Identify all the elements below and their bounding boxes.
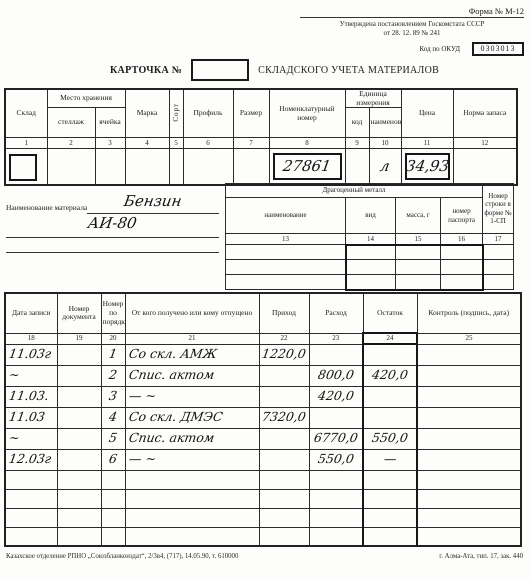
okud-label: Код по ОКУД [419,45,460,53]
control-cell [417,449,521,470]
col-no: 16 [441,234,483,245]
empty-cell [259,470,309,489]
empty-cell [441,260,483,275]
ledger-row: 12.03г 6 — ~ 550,0 — [5,449,521,470]
empty-cell [441,275,483,290]
approved-text-2: от 28. 12. 89 № 241 [384,29,441,37]
empty-cell [47,149,95,186]
empty-cell [101,508,125,527]
doc-cell [57,365,101,386]
col-header-rest: Остаток [363,293,417,333]
col-header-unit-name: наименование [369,108,401,138]
ledger-row: ~ 5 Спис. актом 6770,0 550,0 [5,428,521,449]
ledger-row: 11.03 4 Со скл. ДМЭС 7320,0 [5,407,521,428]
empty-cell [125,149,169,186]
col-header-sort: Сорт [169,89,183,138]
material-label: Наименование материала [6,203,87,214]
ledger-empty-row [5,489,521,508]
col-no: 8 [269,138,345,149]
col-header-date: Дата записи [5,293,57,333]
ledger-row: 11.03. 3 — ~ 420,0 [5,386,521,407]
precious-metal-title: Драгоценный металл [226,184,483,198]
date-cell: 12.03г [5,449,57,470]
col-no: 4 [125,138,169,149]
empty-cell [363,470,417,489]
date-cell: ~ [5,428,57,449]
imprint-left: Казахское отделение РПНО „Союзбланкоизда… [6,553,238,560]
empty-cell [363,527,417,546]
precious-empty-row [226,245,514,260]
imprint-right: г. Алма-Ата, тип. 17, зак. 440 [439,553,523,560]
nomenclature-value: 27861 [282,158,332,175]
card-title-row: КАРТОЧКА № СКЛАДСКОГО УЧЕТА МАТЕРИАЛОВ [110,59,439,81]
empty-cell [396,245,441,260]
col-no: 12 [453,138,517,149]
empty-cell [57,470,101,489]
empty-cell [363,508,417,527]
seq-cell: 4 [101,407,125,428]
col-header-sklad: Склад [5,89,47,138]
empty-cell [95,149,125,186]
rest-cell [363,386,417,407]
empty-cell [259,508,309,527]
out-cell [309,407,363,428]
okud-code-box: 0303013 [472,42,524,56]
precious-empty-row [226,260,514,275]
col-header-precious-mass: масса, г [396,198,441,234]
precious-empty-row [226,275,514,290]
col-no: 5 [169,138,183,149]
empty-cell [259,527,309,546]
col-header-yacheika: ячейка [95,108,125,138]
approved-by-line: Утверждена постановлением Госкомстата СС… [300,20,524,38]
empty-cell [5,508,57,527]
date-cell: 11.03. [5,386,57,407]
col-header-profil: Профиль [183,89,233,138]
nomenclature-value-box: 27861 [273,153,342,180]
col-no: 3 [95,138,125,149]
price-value-cell: 34,93 [401,149,453,186]
card-title: СКЛАДСКОГО УЧЕТА МАТЕРИАЛОВ [258,65,439,76]
material-name-line1: Бензин [87,192,219,214]
col-header-unit: Единица измерения [345,89,401,108]
empty-cell [169,149,183,186]
empty-cell [396,260,441,275]
material-name-line2: АИ-80 [6,214,219,238]
material-name-block: Наименование материала Бензин АИ-80 [6,192,219,253]
col-no-rest: 24 [363,333,417,344]
control-cell [417,365,521,386]
from-cell: — ~ [125,449,259,470]
out-cell: 420,0 [309,386,363,407]
col-header-out: Расход [309,293,363,333]
control-cell [417,386,521,407]
ledger-table: Дата записи Номер документа Номер по пор… [4,292,522,547]
form-number: Форма № М-12 [300,6,524,18]
empty-cell [441,245,483,260]
precious-metal-table: Драгоценный металл Номер строки в форме … [225,183,514,291]
from-cell: Спис. актом [125,365,259,386]
sklad-value-box [9,154,37,181]
empty-cell [345,149,369,186]
requisites-values-row: 27861 л 34,93 [5,149,517,186]
from-cell: Со скл. АМЖ [125,344,259,365]
col-header-norm: Норма запаса [453,89,517,138]
col-header-unit-code: код [345,108,369,138]
card-number-label: КАРТОЧКА № [110,65,182,76]
col-no: 10 [369,138,401,149]
col-header-line-no: Номер строки в форме № 1-СП [483,184,514,234]
out-cell: 550,0 [309,449,363,470]
from-cell: — ~ [125,386,259,407]
rest-cell [363,407,417,428]
seq-cell: 2 [101,365,125,386]
empty-cell [483,260,514,275]
doc-cell [57,449,101,470]
col-no: 14 [346,234,396,245]
col-no: 25 [417,333,521,344]
out-cell: 6770,0 [309,428,363,449]
doc-cell [57,386,101,407]
seq-cell: 1 [101,344,125,365]
print-imprint: Казахское отделение РПНО „Союзбланкоизда… [6,553,523,560]
empty-cell [346,260,396,275]
col-header-razmer: Размер [233,89,269,138]
date-cell: ~ [5,365,57,386]
empty-cell [125,527,259,546]
empty-cell [226,260,346,275]
col-header-price: Цена [401,89,453,138]
col-no: 18 [5,333,57,344]
empty-cell [226,275,346,290]
empty-cell [57,508,101,527]
rest-cell [363,344,417,365]
col-no: 9 [345,138,369,149]
rest-cell: — [363,449,417,470]
in-cell [259,428,309,449]
col-header-precious-name: наименование [226,198,346,234]
in-cell [259,386,309,407]
empty-cell [483,245,514,260]
col-header-storage: Место хранения [47,89,125,108]
sklad-value-cell [5,149,47,186]
material-blank-line [6,238,219,253]
column-numbers-row: 13 14 15 16 17 [226,234,514,245]
control-cell [417,428,521,449]
ledger-row: 11.03г 1 Со скл. АМЖ 1220,0 [5,344,521,365]
in-cell: 1220,0 [259,344,309,365]
empty-cell [5,527,57,546]
empty-cell [259,489,309,508]
empty-cell [417,508,521,527]
empty-cell [226,245,346,260]
out-cell [309,344,363,365]
seq-cell: 5 [101,428,125,449]
requisites-table: Склад Место хранения Марка Сорт Профиль … [4,88,518,186]
col-header-marka: Марка [125,89,169,138]
empty-cell [346,245,396,260]
seq-cell: 3 [101,386,125,407]
control-cell [417,407,521,428]
col-no: 15 [396,234,441,245]
ledger-empty-row [5,508,521,527]
empty-cell [417,489,521,508]
form-approval-block: Форма № М-12 Утверждена постановлением Г… [300,6,524,56]
col-no: 11 [401,138,453,149]
nomenclature-value-cell: 27861 [269,149,345,186]
col-header-stellazh: стеллаж [47,108,95,138]
doc-cell [57,407,101,428]
col-header-control: Контроль (подпись, дата) [417,293,521,333]
in-cell [259,365,309,386]
empty-cell [453,149,517,186]
empty-cell [417,527,521,546]
doc-cell [57,428,101,449]
col-header-from: От кого получено или кому отпущено [125,293,259,333]
empty-cell [5,489,57,508]
price-value-box: 34,93 [405,153,450,180]
col-no: 19 [57,333,101,344]
empty-cell [125,470,259,489]
empty-cell [101,489,125,508]
empty-cell [417,470,521,489]
date-cell: 11.03г [5,344,57,365]
col-no: 13 [226,234,346,245]
col-no: 20 [101,333,125,344]
unit-value: л [379,158,391,175]
empty-cell [309,508,363,527]
empty-cell [309,489,363,508]
date-cell: 11.03 [5,407,57,428]
empty-cell [346,275,396,290]
from-cell: Со скл. ДМЭС [125,407,259,428]
empty-cell [125,508,259,527]
col-header-seq: Номер по порядку [101,293,125,333]
col-no: 1 [5,138,47,149]
col-no: 7 [233,138,269,149]
empty-cell [101,527,125,546]
material-line-1: Наименование материала Бензин [6,192,219,214]
stock-card-form: Форма № М-12 Утверждена постановлением Г… [0,0,531,580]
col-header-nomenclature: Номенклатурный номер [269,89,345,138]
out-cell: 800,0 [309,365,363,386]
empty-cell [183,149,233,186]
empty-cell [363,489,417,508]
empty-cell [483,275,514,290]
col-header-precious-vid: вид [346,198,396,234]
control-cell [417,344,521,365]
price-value: 34,93 [404,158,450,175]
card-number-box [191,59,249,81]
col-no: 23 [309,333,363,344]
seq-cell: 6 [101,449,125,470]
from-cell: Спис. актом [125,428,259,449]
col-no: 21 [125,333,259,344]
empty-cell [309,527,363,546]
col-no: 22 [259,333,309,344]
col-no: 17 [483,234,514,245]
empty-cell [5,470,57,489]
ledger-empty-row [5,527,521,546]
col-header-doc: Номер документа [57,293,101,333]
rest-cell: 550,0 [363,428,417,449]
ledger-empty-row [5,470,521,489]
column-numbers-row: 18 19 20 21 22 23 24 25 [5,333,521,344]
empty-cell [233,149,269,186]
empty-cell [125,489,259,508]
unit-value-cell: л [369,149,401,186]
ledger-row: ~ 2 Спис. актом 800,0 420,0 [5,365,521,386]
col-no: 6 [183,138,233,149]
col-header-precious-passport: номер паспорта [441,198,483,234]
col-header-in: Приход [259,293,309,333]
rest-cell: 420,0 [363,365,417,386]
doc-cell [57,344,101,365]
in-cell: 7320,0 [259,407,309,428]
column-numbers-row: 1 2 3 4 5 6 7 8 9 10 11 12 [5,138,517,149]
empty-cell [396,275,441,290]
empty-cell [57,527,101,546]
okud-row: Код по ОКУД 0303013 [300,42,524,56]
empty-cell [101,470,125,489]
empty-cell [309,470,363,489]
in-cell [259,449,309,470]
approved-text-1: Утверждена постановлением Госкомстата СС… [340,20,485,28]
empty-cell [57,489,101,508]
col-no: 2 [47,138,95,149]
